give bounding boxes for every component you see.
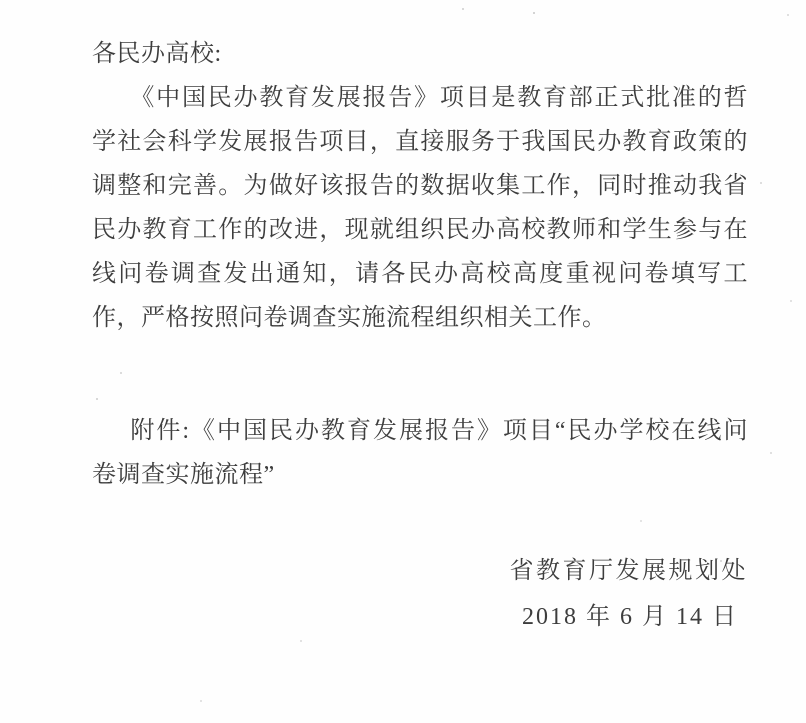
body-line-5: 线问卷调查发出通知，请各民办高校高度重视问卷填写工 — [92, 252, 748, 296]
signature-line: 省教育厅发展规划处 — [92, 549, 748, 593]
main-paragraph: 《中国民办教育发展报告》项目是教育部正式批准的哲 学社会科学发展报告项目，直接服… — [92, 76, 748, 340]
notice-body: 各民办高校: 《中国民办教育发展报告》项目是教育部正式批准的哲 学社会科学发展报… — [92, 32, 748, 639]
attachment-line-2: 卷调查实施流程” — [92, 453, 748, 497]
body-line-1: 《中国民办教育发展报告》项目是教育部正式批准的哲 — [92, 76, 748, 120]
attachment-line-1: 附件:《中国民办教育发展报告》项目“民办学校在线问 — [92, 409, 748, 453]
document-page: 各民办高校: 《中国民办教育发展报告》项目是教育部正式批准的哲 学社会科学发展报… — [0, 0, 806, 723]
body-line-2: 学社会科学发展报告项目，直接服务于我国民办教育政策的 — [92, 120, 748, 164]
date-line: 2018 年 6 月 14 日 — [92, 595, 748, 639]
scan-noise-speckles — [0, 0, 2, 2]
attachment-paragraph: 附件:《中国民办教育发展报告》项目“民办学校在线问 卷调查实施流程” — [92, 409, 748, 497]
body-line-4: 民办教育工作的改进，现就组织民办高校教师和学生参与在 — [92, 208, 748, 252]
body-line-6: 作，严格按照问卷调查实施流程组织相关工作。 — [92, 296, 748, 340]
salutation: 各民办高校: — [92, 32, 748, 76]
body-line-3: 调整和完善。为做好该报告的数据收集工作，同时推动我省 — [92, 164, 748, 208]
